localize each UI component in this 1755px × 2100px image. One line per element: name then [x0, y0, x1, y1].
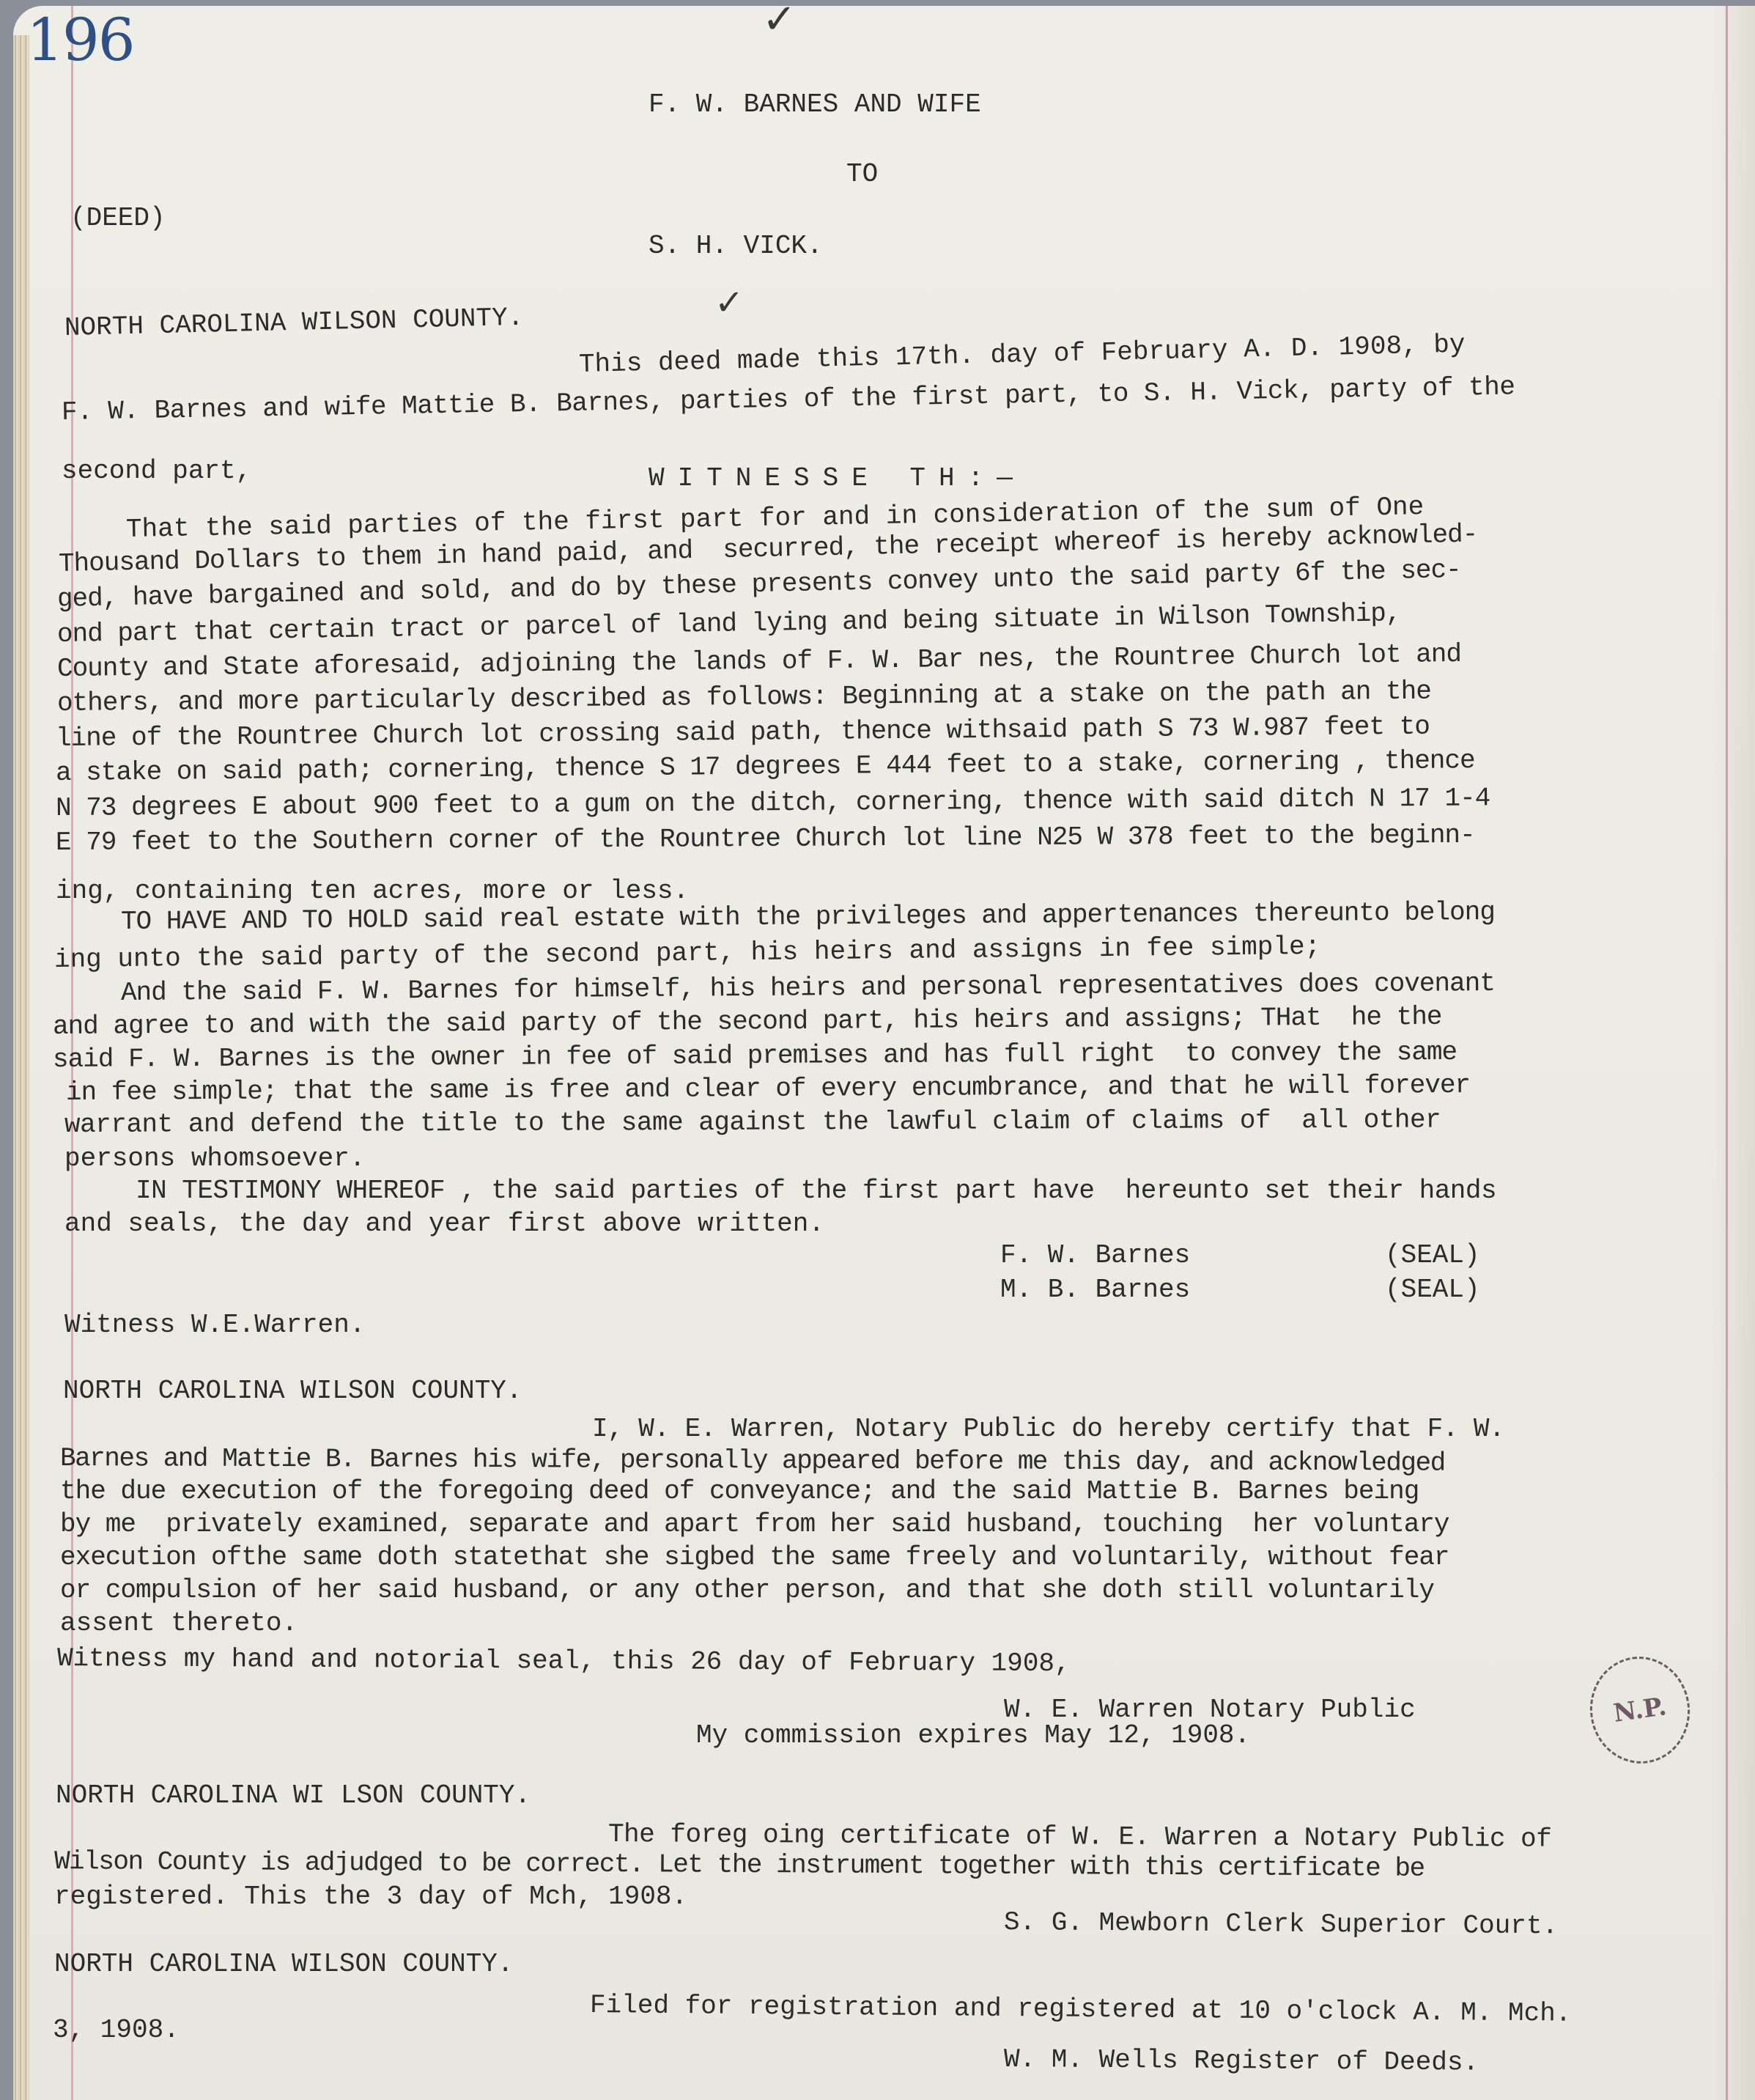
clerk-line: Wilson County is adjudged to be correct.…: [54, 1849, 1425, 1882]
to-heading: TO: [846, 161, 878, 188]
clerk-signature: S. G. Mewborn Clerk Superior Court.: [1004, 1909, 1558, 1939]
clerk-line: registered. This the 3 day of Mch, 1908.: [54, 1884, 687, 1910]
notary-line: the due execution of the foregoing deed …: [60, 1478, 1419, 1505]
notary-line: I, W. E. Warren, Notary Public do hereby…: [592, 1416, 1504, 1443]
grantor-heading: F. W. BARNES AND WIFE: [649, 92, 981, 118]
notary-signature: W. E. Warren Notary Public: [1004, 1697, 1416, 1723]
notary-line: execution ofthe same doth statethat she …: [60, 1544, 1449, 1571]
notary-line: by me privately examined, separate and a…: [60, 1511, 1449, 1538]
deed-body-line: IN TESTIMONY WHEREOF , the said parties …: [136, 1178, 1496, 1204]
registration-venue: NORTH CAROLINA WILSON COUNTY.: [54, 1951, 514, 1978]
clerk-venue: NORTH CAROLINA WI LSON COUNTY.: [56, 1783, 531, 1809]
register-signature: W. M. Wells Register of Deeds.: [1004, 2046, 1479, 2077]
signature-name: M. B. Barnes: [1000, 1277, 1190, 1303]
grantee-heading: S. H. VICK.: [649, 233, 823, 259]
registration-date: 3, 1908.: [53, 2017, 180, 2044]
notary-venue: NORTH CAROLINA WILSON COUNTY.: [63, 1378, 522, 1404]
notary-witness-line: Witness my hand and notorial seal, this …: [57, 1646, 1071, 1677]
notary-line: Barnes and Mattie B. Barnes his wife, pe…: [60, 1445, 1445, 1477]
clerk-line: The foreg oing certificate of W. E. Warr…: [608, 1821, 1551, 1853]
check-mark-icon: ✓: [714, 282, 744, 323]
signature-seal: (SEAL): [1385, 1242, 1480, 1269]
notary-commission: My commission expires May 12, 1908.: [696, 1723, 1250, 1749]
page-number: 196: [26, 6, 134, 74]
deed-body-line: warrant and defend the title to the same…: [64, 1107, 1441, 1138]
signature-seal: (SEAL): [1385, 1277, 1480, 1303]
deed-body-line: persons whomsoever.: [64, 1146, 365, 1172]
book-page-edges: [13, 35, 29, 2100]
notary-line: assent thereto.: [60, 1610, 298, 1637]
notary-seal-text: N.P.: [1611, 1692, 1668, 1728]
page-curvature-shade: [1711, 6, 1755, 2100]
deed-intro-line: second part,: [62, 458, 251, 485]
notary-line: or compulsion of her said husband, or an…: [60, 1577, 1434, 1604]
deed-body-line: ing, containing ten acres, more or less.: [56, 878, 689, 905]
deed-body-line: in fee simple; that the same is free and…: [66, 1072, 1470, 1106]
signature-name: F. W. Barnes: [1000, 1242, 1190, 1269]
witnesseth-heading: WITNESSE TH:—: [649, 465, 1026, 492]
witness-line: Witness W.E.Warren.: [64, 1312, 365, 1338]
check-mark-icon: ✓: [762, 0, 797, 43]
document-type-label: (DEED): [70, 205, 166, 232]
deed-body-line: and seals, the day and year first above …: [64, 1211, 824, 1237]
deed-body-line: E 79 feet to the Southern corner of the …: [56, 822, 1475, 856]
deed-body-line: said F. W. Barnes is the owner in fee of…: [53, 1039, 1457, 1073]
